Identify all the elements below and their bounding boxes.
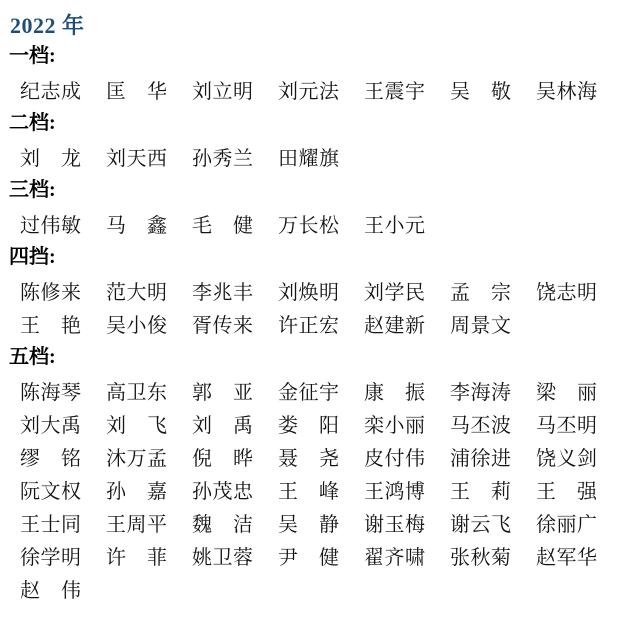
person-name: 饶志明	[536, 276, 619, 305]
person-name: 王 强	[536, 475, 619, 504]
person-name: 孟 宗	[450, 276, 536, 305]
person-name: 王震宇	[364, 75, 450, 104]
person-name: 栾小丽	[364, 409, 450, 438]
person-name: 姚卫蓉	[192, 541, 278, 570]
person-name: 孙茂忠	[192, 475, 278, 504]
person-name: 周景文	[450, 309, 536, 338]
name-row: 陈海琴高卫东郭 亚金征宇康 振李海涛梁 丽	[0, 374, 619, 407]
person-name: 王士同	[20, 508, 106, 537]
person-name: 范大明	[106, 276, 192, 305]
person-name: 倪 晔	[192, 442, 278, 471]
name-row: 赵 伟	[0, 572, 619, 605]
person-name: 吴 静	[278, 508, 364, 537]
person-name: 刘元法	[278, 75, 364, 104]
person-name: 王周平	[106, 508, 192, 537]
name-row: 过伟敏马 鑫毛 健万长松王小元	[0, 207, 619, 240]
person-name: 马 鑫	[106, 209, 192, 238]
person-name: 马丕明	[536, 409, 619, 438]
person-name: 王鸿博	[364, 475, 450, 504]
tier-label: 四挡:	[0, 240, 619, 274]
person-name: 刘大禹	[20, 409, 106, 438]
person-name: 陈海琴	[20, 376, 106, 405]
person-name: 康 振	[364, 376, 450, 405]
person-name: 饶义剑	[536, 442, 619, 471]
person-name: 王 莉	[450, 475, 536, 504]
document-page: 2022 年 一档:纪志成匡 华刘立明刘元法王震宇吴 敬吴林海二档:刘 龙刘天西…	[0, 0, 619, 628]
person-name: 田耀旗	[278, 142, 364, 171]
person-name: 魏 洁	[192, 508, 278, 537]
name-row: 徐学明许 菲姚卫蓉尹 健翟齐啸张秋菊赵军华	[0, 539, 619, 572]
name-row: 阮文权孙 嘉孙茂忠王 峰王鸿博王 莉王 强	[0, 473, 619, 506]
person-name: 吴小俊	[106, 309, 192, 338]
person-name: 万长松	[278, 209, 364, 238]
person-name: 刘 禹	[192, 409, 278, 438]
person-name: 过伟敏	[20, 209, 106, 238]
name-row: 缪 铭沐万孟倪 晔聂 尧皮付伟浦徐进饶义剑	[0, 440, 619, 473]
name-row: 刘大禹刘 飞刘 禹娄 阳栾小丽马丕波马丕明	[0, 407, 619, 440]
name-row: 王士同王周平魏 洁吴 静谢玉梅谢云飞徐丽广	[0, 506, 619, 539]
person-name: 赵 伟	[20, 574, 106, 603]
person-name: 许 菲	[106, 541, 192, 570]
person-name: 王小元	[364, 209, 450, 238]
person-name: 徐丽广	[536, 508, 619, 537]
person-name: 缪 铭	[20, 442, 106, 471]
person-name: 刘焕明	[278, 276, 364, 305]
person-name: 浦徐进	[450, 442, 536, 471]
person-name: 娄 阳	[278, 409, 364, 438]
person-name: 王 峰	[278, 475, 364, 504]
tier-label: 五档:	[0, 340, 619, 374]
person-name: 刘 龙	[20, 142, 106, 171]
person-name: 陈修来	[20, 276, 106, 305]
person-name: 尹 健	[278, 541, 364, 570]
person-name: 梁 丽	[536, 376, 619, 405]
name-row: 纪志成匡 华刘立明刘元法王震宇吴 敬吴林海	[0, 73, 619, 106]
person-name: 刘 飞	[106, 409, 192, 438]
person-name: 聂 尧	[278, 442, 364, 471]
person-name: 沐万孟	[106, 442, 192, 471]
person-name: 赵建新	[364, 309, 450, 338]
page-title: 2022 年	[0, 0, 619, 39]
tier-sections: 一档:纪志成匡 华刘立明刘元法王震宇吴 敬吴林海二档:刘 龙刘天西孙秀兰田耀旗三…	[0, 39, 619, 605]
person-name: 马丕波	[450, 409, 536, 438]
tier-label: 三档:	[0, 173, 619, 207]
name-row: 陈修来范大明李兆丰刘焕明刘学民孟 宗饶志明	[0, 274, 619, 307]
person-name: 金征宇	[278, 376, 364, 405]
person-name: 吴林海	[536, 75, 619, 104]
person-name: 纪志成	[20, 75, 106, 104]
person-name: 徐学明	[20, 541, 106, 570]
person-name: 郭 亚	[192, 376, 278, 405]
person-name: 王 艳	[20, 309, 106, 338]
person-name: 阮文权	[20, 475, 106, 504]
person-name: 许正宏	[278, 309, 364, 338]
person-name: 刘学民	[364, 276, 450, 305]
person-name: 胥传来	[192, 309, 278, 338]
name-row: 刘 龙刘天西孙秀兰田耀旗	[0, 140, 619, 173]
person-name: 高卫东	[106, 376, 192, 405]
person-name: 张秋菊	[450, 541, 536, 570]
person-name: 谢云飞	[450, 508, 536, 537]
person-name: 孙秀兰	[192, 142, 278, 171]
tier-label: 二档:	[0, 106, 619, 140]
person-name: 李海涛	[450, 376, 536, 405]
person-name: 孙 嘉	[106, 475, 192, 504]
name-row: 王 艳吴小俊胥传来许正宏赵建新周景文	[0, 307, 619, 340]
person-name: 赵军华	[536, 541, 619, 570]
person-name: 刘立明	[192, 75, 278, 104]
person-name: 李兆丰	[192, 276, 278, 305]
person-name: 吴 敬	[450, 75, 536, 104]
tier-label: 一档:	[0, 39, 619, 73]
person-name: 谢玉梅	[364, 508, 450, 537]
person-name: 皮付伟	[364, 442, 450, 471]
person-name: 毛 健	[192, 209, 278, 238]
person-name: 翟齐啸	[364, 541, 450, 570]
person-name: 刘天西	[106, 142, 192, 171]
person-name: 匡 华	[106, 75, 192, 104]
